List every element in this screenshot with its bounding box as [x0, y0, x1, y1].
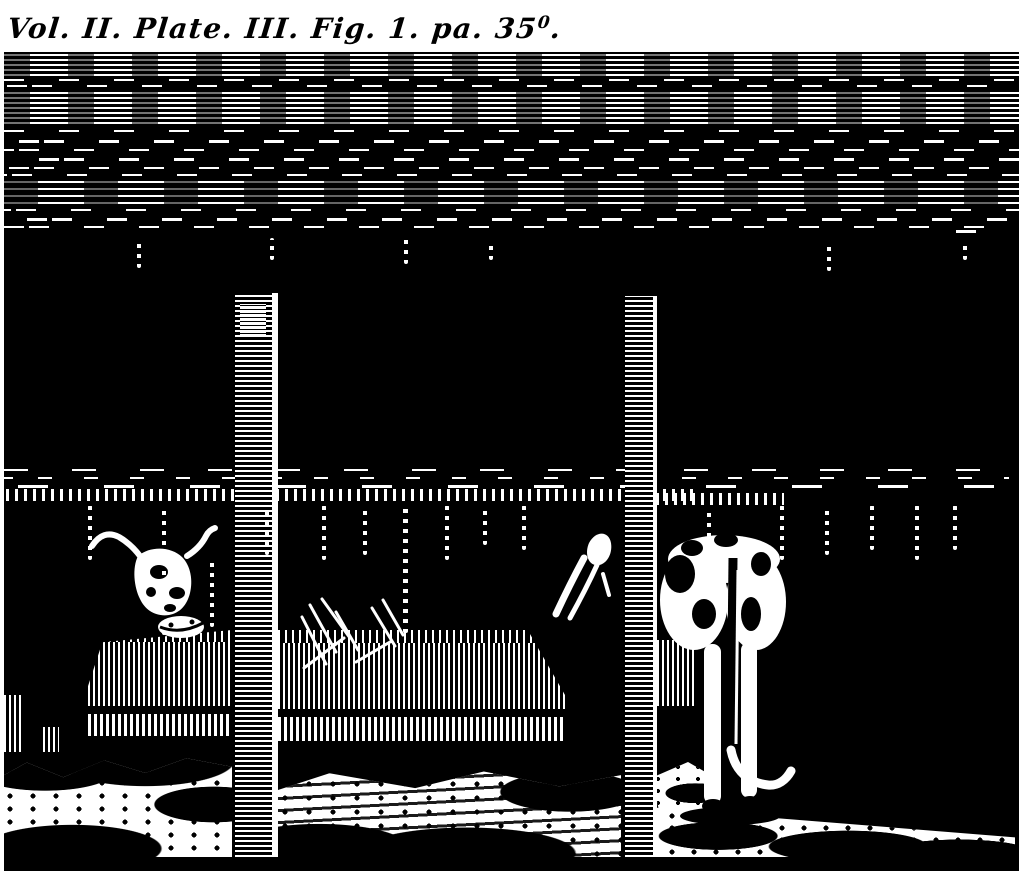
tie-chain [707, 507, 711, 547]
tie-chain [483, 505, 487, 545]
tie-chain [870, 505, 874, 550]
tie-chain [270, 238, 274, 260]
tie-chain [265, 505, 269, 555]
tie-chain [445, 505, 449, 560]
tie-chain [489, 240, 493, 260]
tie-chain [827, 243, 831, 271]
ox-rear-view [660, 533, 791, 825]
ox-tail [731, 558, 733, 752]
horned-ox-head [92, 528, 215, 638]
beam-hatch-dashes [4, 149, 1019, 151]
beam-hatch-dashes [4, 209, 1019, 211]
tie-chain [780, 505, 784, 560]
tie-chain [162, 505, 166, 635]
tie-chain [403, 505, 408, 633]
tie-chain [953, 505, 957, 550]
tie-chain [322, 505, 326, 560]
caption-text: Vol. II. Plate. III. Fig. 1. pa. 35 [6, 12, 539, 45]
beam-hatch-dashes [4, 140, 1019, 143]
hay-wisps [302, 599, 403, 668]
tie-chain [915, 505, 919, 560]
tie-chain [963, 240, 967, 260]
beam-hatch-dashes [4, 85, 1019, 87]
beam-hatch-dashes [956, 230, 1011, 233]
tie-chain [210, 557, 214, 627]
tie-chain [363, 505, 367, 555]
beam-hatch-dashes [4, 79, 1019, 81]
tie-chain [88, 505, 92, 560]
beam-hatch-dashes [4, 174, 1019, 176]
tie-chain [825, 505, 829, 555]
ox-left-horn [92, 534, 140, 556]
engraving-plate [4, 52, 1019, 871]
plate-caption: Vol. II. Plate. III. Fig. 1. pa. 350. [6, 0, 565, 46]
beam-hatch-dashes [4, 226, 1019, 228]
beam-hatch-dashes [4, 167, 1019, 169]
beam-hatch-dashes [4, 130, 1019, 132]
ox-right-horn [187, 528, 215, 556]
tie-chain [404, 238, 408, 264]
plate-bottom-border [4, 857, 1019, 871]
beam-hatch-dashes [4, 218, 1019, 221]
white-ox-at-manger [556, 534, 611, 618]
beam-hatch-dashes [4, 158, 1019, 161]
caption-period: . [549, 12, 564, 45]
tie-chain [522, 505, 526, 550]
tie-chain [137, 240, 141, 268]
